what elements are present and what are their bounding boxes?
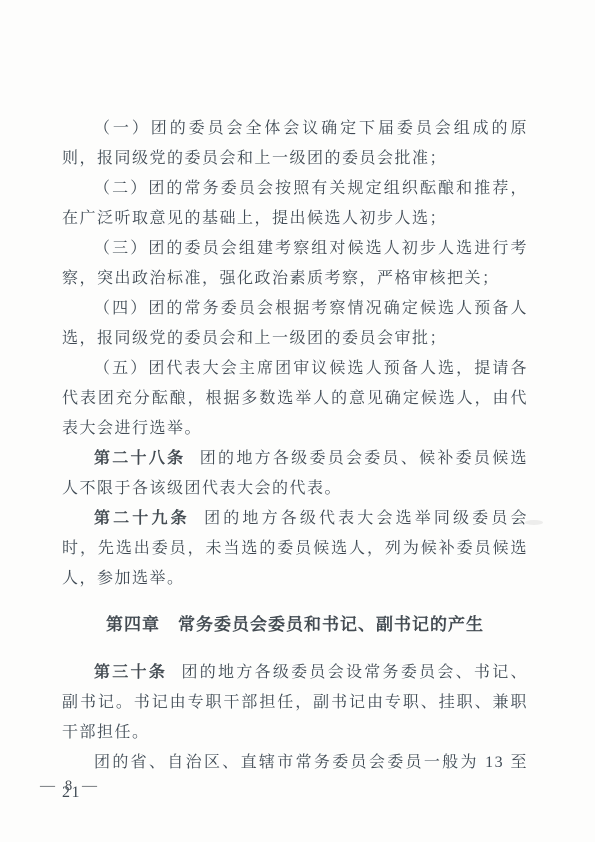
body-paragraph: 团的省、自治区、直辖市常务委员会委员一般为 13 至 21 [62, 748, 528, 808]
document-body: （一）团的委员会全体会议确定下届委员会组成的原则，报同级党的委员会和上一级团的委… [62, 114, 528, 808]
body-paragraph: （一）团的委员会全体会议确定下届委员会组成的原则，报同级党的委员会和上一级团的委… [62, 114, 528, 174]
article-paragraph: 第二十八条团的地方各级委员会委员、候补委员候选人不限于各该级团代表大会的代表。 [62, 444, 528, 504]
body-paragraph: （四）团的常务委员会根据考察情况确定候选人预备人选，报同级党的委员会和上一级团的… [62, 294, 528, 354]
scan-artifact [525, 520, 543, 525]
article-number: 第二十八条 [94, 450, 185, 467]
article-number: 第二十九条 [94, 510, 190, 527]
article-paragraph: 第三十条团的地方各级委员会设常务委员会、书记、副书记。书记由专职干部担任，副书记… [62, 658, 528, 748]
body-paragraph: （三）团的委员会组建考察组对候选人初步人选进行考察，突出政治标准，强化政治素质考… [62, 234, 528, 294]
body-paragraph: （五）团代表大会主席团审议候选人预备人选，提请各代表团充分酝酿，根据多数选举人的… [62, 354, 528, 444]
article-paragraph: 第二十九条团的地方各级代表大会选举同级委员会时，先选出委员，未当选的委员候选人，… [62, 504, 528, 594]
body-paragraph: （二）团的常务委员会按照有关规定组织酝酿和推荐，在广泛听取意见的基础上，提出候选… [62, 174, 528, 234]
page-footer: — 8 — [40, 778, 100, 795]
page-number: — 8 — [40, 778, 100, 794]
document-page: （一）团的委员会全体会议确定下届委员会组成的原则，报同级党的委员会和上一级团的委… [0, 0, 595, 842]
article-number: 第三十条 [94, 664, 167, 681]
chapter-heading: 第四章 常务委员会委员和书记、副书记的产生 [62, 610, 528, 640]
